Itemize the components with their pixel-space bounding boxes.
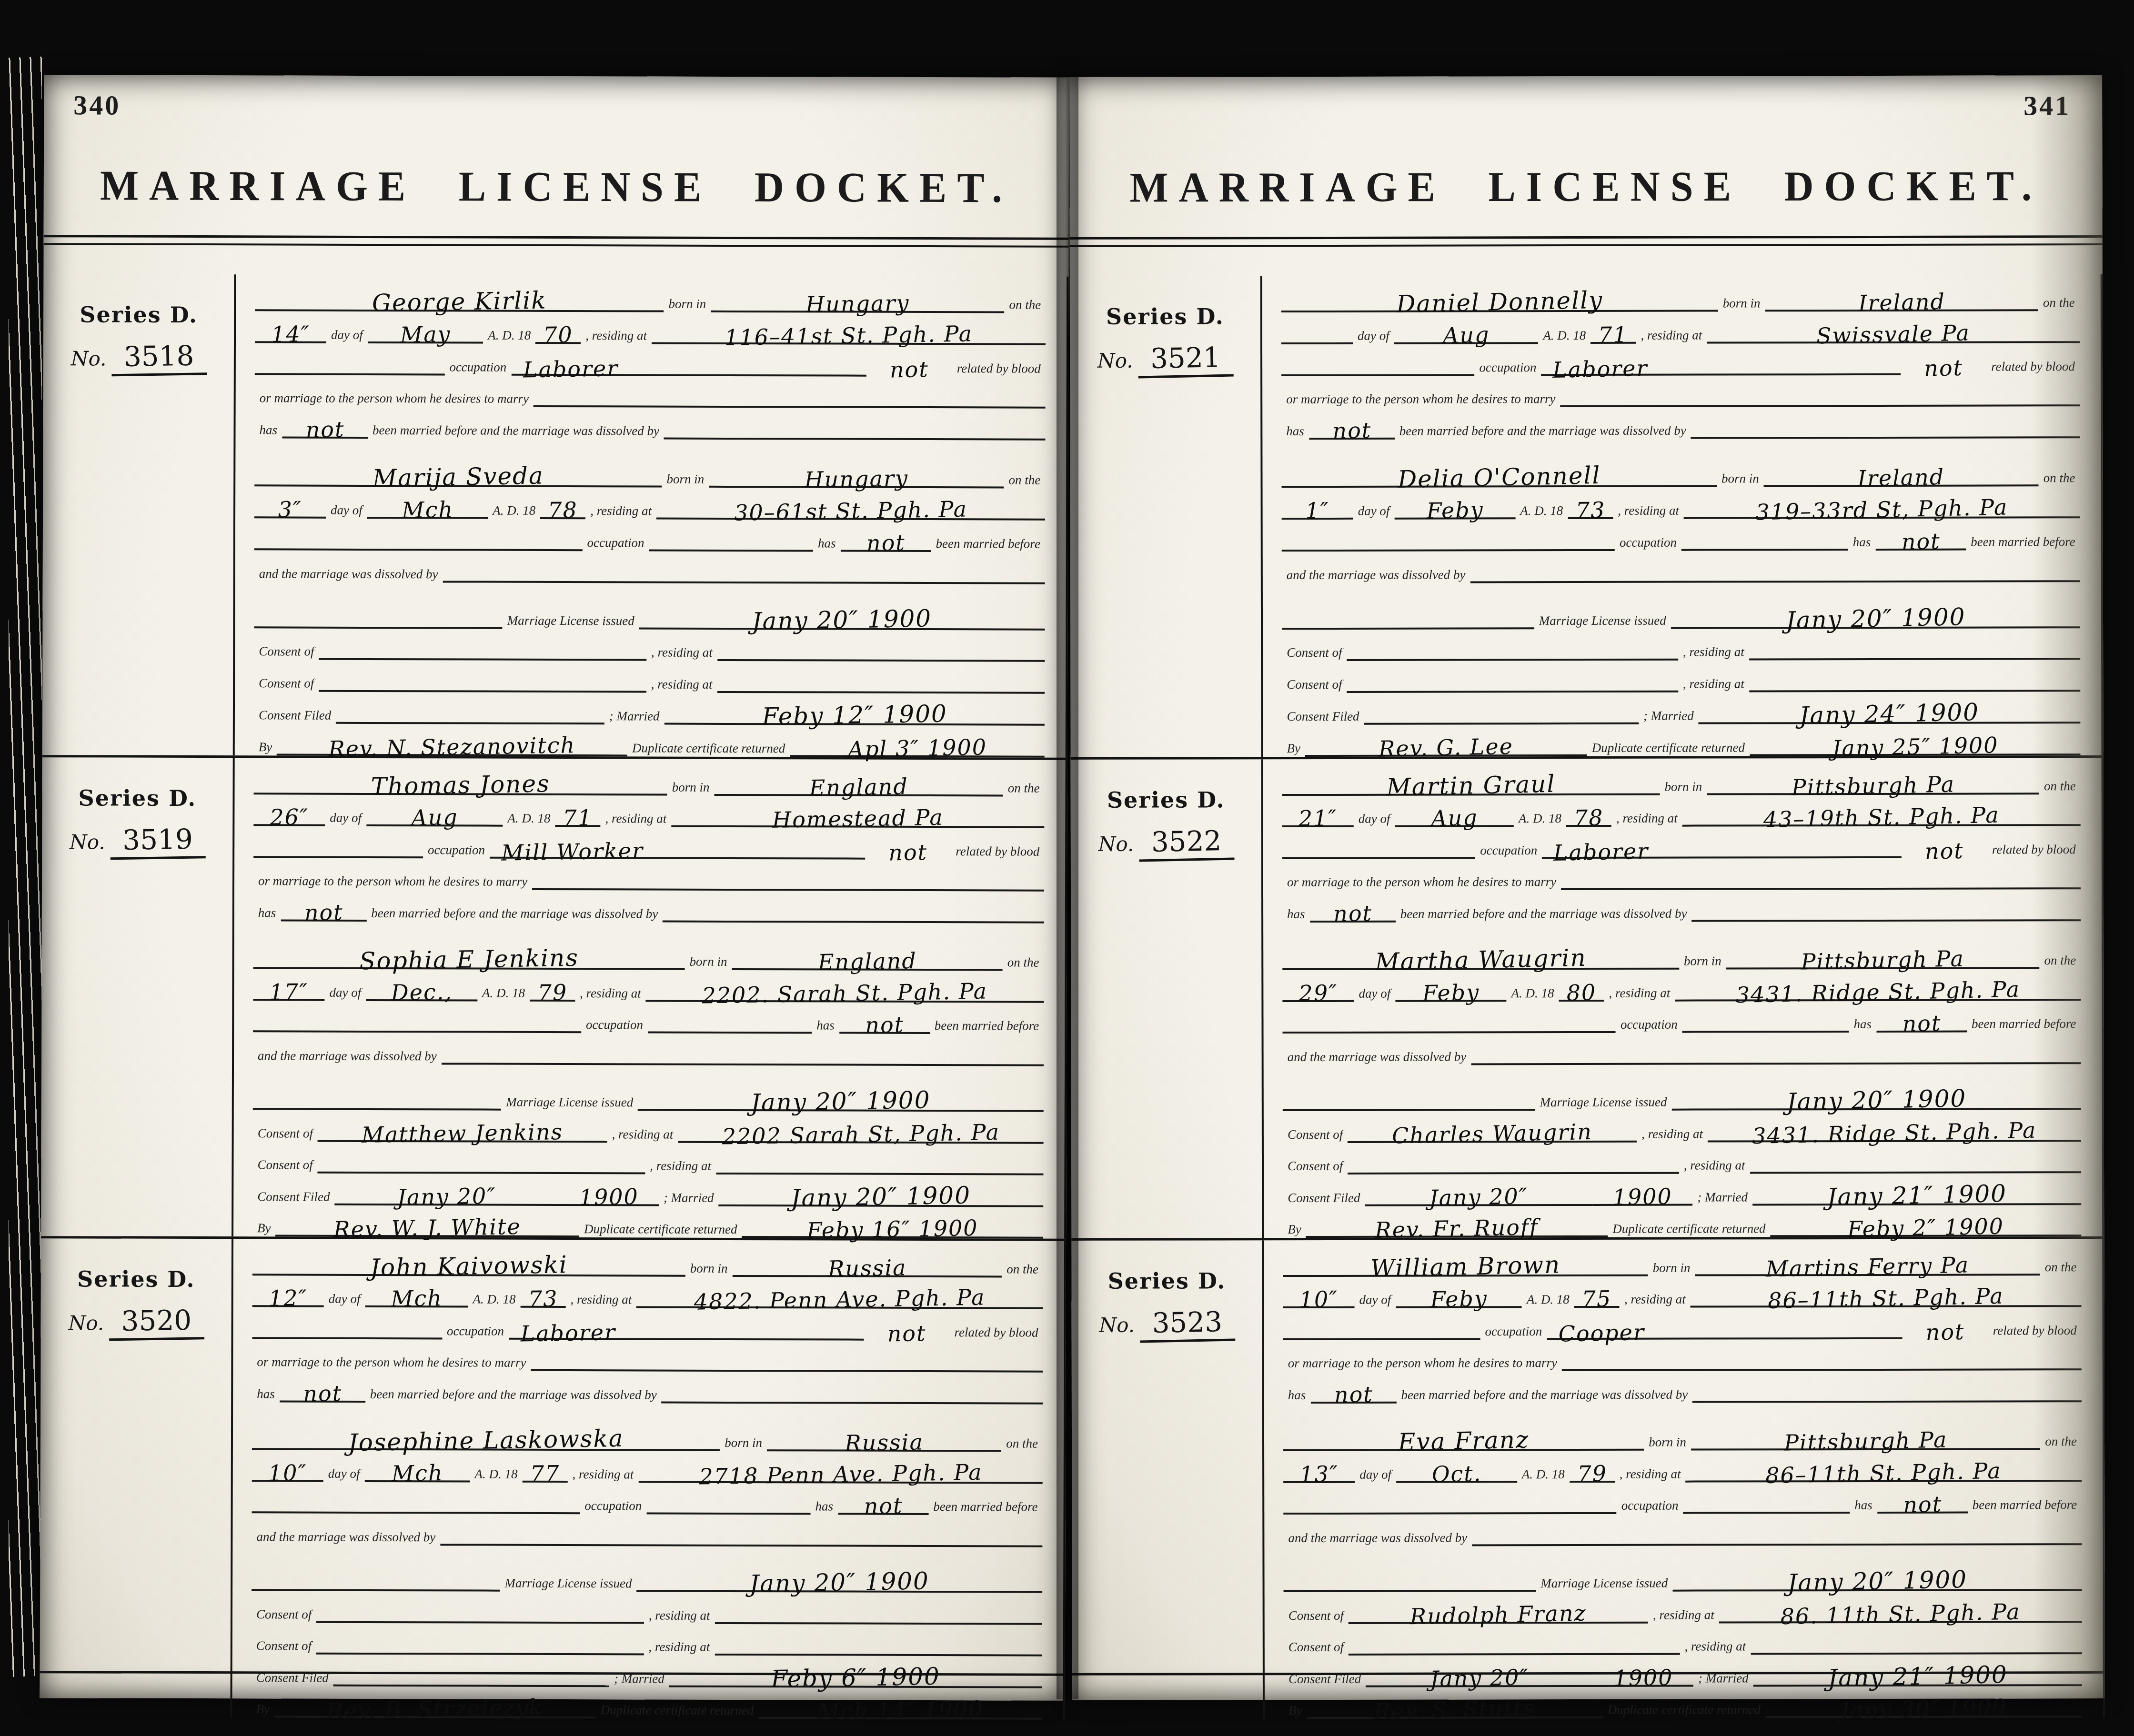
day-of-label: day of <box>1355 1467 1396 1483</box>
bride-married-before-field: not <box>838 1495 928 1515</box>
on-the-label: on the <box>1003 955 1044 971</box>
married-before-dissolved-label: been married before and the marriage was… <box>365 1386 662 1403</box>
residing-at-label: , residing at <box>575 986 646 1002</box>
has-label: has <box>1283 1388 1311 1404</box>
groom-birth-month-field: Aug <box>1394 324 1539 344</box>
bride-birth-day: 10″ <box>252 1461 323 1484</box>
day-of-label: day of <box>1354 812 1395 827</box>
duplicate-returned-field: Jany 30″ 1900 <box>1765 1697 2082 1718</box>
groom-name-line: Thomas Jones born in England on the <box>254 763 1045 796</box>
groom-birth-month-field: Aug <box>366 806 503 827</box>
bride-birth-month-field: Feby <box>1395 982 1506 1002</box>
docket-record: Series D. No. 3519 Thomas Jones born in … <box>41 755 1067 1239</box>
officiant-line: By Rev. B. Strzelezyk Duplicate certific… <box>251 1686 1042 1720</box>
ad-label: A. D. 18 <box>468 1292 520 1308</box>
has-label: has <box>1850 1498 1877 1514</box>
groom-name-line: George Kirlik born in Hungary on the <box>255 279 1046 313</box>
consent-filed-year-field: 1900 <box>1593 1666 1693 1686</box>
consent-filed-year-field <box>1539 722 1639 724</box>
groom-related: not <box>1901 356 1987 380</box>
bride-birthday-field: 13″ <box>1283 1463 1355 1483</box>
groom-related-field: not <box>865 841 951 859</box>
series-label: Series D. <box>1071 787 1261 813</box>
bride-birth-month: Dec., <box>366 980 478 1004</box>
day-of-label: day of <box>1353 328 1394 344</box>
or-marriage-label: or marriage to the person whom he desire… <box>255 391 533 408</box>
consent-filed-label: Consent Filed <box>1283 1190 1365 1206</box>
groom-birthplace-field: Ireland <box>1765 291 2039 311</box>
bride-married-before: not <box>1876 1012 1967 1035</box>
bride-name-line: Marija Sveda born in Hungary on the <box>254 455 1045 489</box>
married-date: Jany 20″ 1900 <box>718 1182 1043 1211</box>
bride-residence-field: 319–33rd St, Pgh. Pa <box>1684 498 2080 519</box>
residing-at-label: , residing at <box>1615 1466 1686 1482</box>
residing-at-label: , residing at <box>1613 503 1684 519</box>
born-in-label: born in <box>662 472 709 488</box>
record-form: Martin Graul born in Pittsburgh Pa on th… <box>1261 758 2104 1238</box>
ad-label: A. D. 18 <box>1514 811 1566 827</box>
groom-birth-day: 10″ <box>1283 1287 1355 1311</box>
or-marriage-label: or marriage to the person whom he desire… <box>252 1355 531 1371</box>
bride-name-field: Eva Franz <box>1283 1429 1644 1451</box>
and-dissolved-label: and the marriage was dissolved by <box>253 1048 442 1064</box>
consent-of-label: Consent of <box>1284 1608 1349 1624</box>
groom-birth-month-field: Mch <box>365 1287 468 1308</box>
groom-birth-day <box>1281 341 1353 343</box>
married-before-dissolved-label: been married before and the marriage was… <box>1396 1387 1692 1403</box>
groom-residence-field: 4822. Penn Ave. Pgh. Pa <box>636 1288 1043 1309</box>
married-date-field: Feby 12″ 1900 <box>664 703 1045 726</box>
consent-filed-line: Consent Filed Jany 20″ 1900 ; Married Ja… <box>1283 1173 2081 1206</box>
consent-filed-year-field: 1900 <box>559 1186 659 1206</box>
residing-at-label: , residing at <box>601 811 672 827</box>
day-of-label: day of <box>323 1466 365 1482</box>
blank-field <box>1471 1062 2081 1065</box>
bride-birth-day: 17″ <box>253 980 325 1003</box>
consent-filed-date <box>333 1683 509 1686</box>
ad-label: A. D. 18 <box>1522 1292 1574 1308</box>
ad-label: A. D. 18 <box>477 985 530 1001</box>
ad-label: A. D. 18 <box>1517 1467 1570 1483</box>
groom-birth-day: 12″ <box>252 1286 324 1309</box>
consent-filed-date <box>1364 721 1539 725</box>
bride-married-before-field: not <box>1876 1013 1967 1033</box>
residing-at-label: , residing at <box>645 1159 716 1174</box>
residing-at-label: , residing at <box>568 1467 639 1483</box>
blank-field <box>1282 857 1475 859</box>
license-issued-field: Jany 20″ 1900 <box>639 607 1045 630</box>
officiant-field: Rev. Fr. Ruoff <box>1306 1217 1608 1238</box>
on-the-label: on the <box>2039 471 2080 486</box>
groom-birth-year: 71 <box>555 806 601 829</box>
residing-at-label: , residing at <box>1604 985 1675 1001</box>
license-issued-line: Marriage License issued Jany 20″ 1900 <box>1283 1559 2082 1592</box>
series-number-row: No. 3518 <box>43 340 234 376</box>
consent1-name-field: Matthew Jenkins <box>318 1122 607 1143</box>
been-married-before-label: been married before <box>931 536 1045 552</box>
bride-birth-year-field: 79 <box>530 981 575 1001</box>
consent2-line: Consent of , residing at <box>254 660 1045 694</box>
married-label: ; Married <box>1692 1190 1752 1205</box>
groom-birthday-field: 14″ <box>255 323 326 343</box>
consent-filed-label: Consent Filed <box>1284 1671 1366 1687</box>
no-label: No. <box>68 1311 104 1335</box>
consent-filed-date-field: Jany 20″ <box>334 1185 558 1205</box>
married-label: ; Married <box>609 1671 669 1687</box>
groom-occupation-line: occupation Laborer not related by blood <box>255 343 1046 377</box>
occupation-label: occupation <box>1475 843 1542 859</box>
officiant-field: Rev. W. J. White <box>276 1216 580 1237</box>
occupation-label: occupation <box>442 1324 509 1339</box>
license-issued-line: Marriage License issued Jany 20″ 1900 <box>254 596 1045 630</box>
groom-married-before-field: not <box>282 419 368 439</box>
groom-name-field: Thomas Jones <box>254 773 667 795</box>
married-before-dissolved-label: been married before and the marriage was… <box>366 905 663 922</box>
born-in-label: born in <box>1660 779 1707 795</box>
bride-birth-year: 77 <box>522 1462 568 1485</box>
consent2-line: Consent of , residing at <box>1282 660 2080 693</box>
duplicate-label: Duplicate certificate returned <box>1587 740 1750 756</box>
bride-birthday-field: 3″ <box>254 498 326 518</box>
bride-married-before-field: not <box>1875 530 1966 550</box>
groom-residence-field: 86–11th St. Pgh. Pa <box>1691 1287 2082 1307</box>
bride-name-line: Josephine Laskowska born in Russia on th… <box>252 1418 1043 1452</box>
license-issued-label: Marriage License issued <box>1535 1095 1672 1111</box>
occupation-label: occupation <box>1615 535 1681 551</box>
on-the-label: on the <box>1003 781 1045 796</box>
bride-name-line: Sophia E Jenkins born in England on the <box>253 937 1044 971</box>
groom-married-before: not <box>282 418 368 442</box>
married-date-field: Feby 6″ 1900 <box>669 1665 1042 1688</box>
series-column: Series D. No. 3523 <box>1071 1240 1263 1719</box>
bride-birthplace: Russia <box>767 1430 1002 1455</box>
duplicate-returned-field: Feby 16″ 1900 <box>742 1218 1043 1239</box>
residing-at-label: , residing at <box>1678 645 1749 661</box>
residing-at-label: , residing at <box>1678 677 1749 692</box>
groom-married-before-field: not <box>1310 902 1396 922</box>
consent-filed-date-field: Jany 20″ <box>1366 1666 1593 1687</box>
groom-birth-day: 14″ <box>255 322 327 345</box>
groom-birthday-field: 10″ <box>1283 1288 1354 1308</box>
consent1-name-field: Rudolph Franz <box>1349 1603 1648 1624</box>
consent-filed-line: Consent Filed ; Married Feby 12″ 1900 <box>254 692 1045 726</box>
day-of-label: day of <box>324 1292 365 1307</box>
license-issued-field: Jany 20″ 1900 <box>1672 1569 2082 1591</box>
or-marriage-label: or marriage to the person whom he desire… <box>1282 874 1561 891</box>
groom-married-before-line: has not been married before and the marr… <box>253 889 1044 923</box>
bride-residence: 2718 Penn Ave. Pgh. Pa <box>638 1460 1043 1488</box>
license-issued-field: Jany 20″ 1900 <box>1671 606 2080 629</box>
occupation-label: occupation <box>444 360 511 375</box>
day-of-label: day of <box>1354 986 1395 1002</box>
bride-dissolved-line: and the marriage was dissolved by <box>1283 1513 2082 1546</box>
groom-residence-field: 43–19th St. Pgh. Pa <box>1682 806 2081 826</box>
occupation-label: occupation <box>1480 1324 1547 1340</box>
on-the-label: on the <box>2039 779 2081 794</box>
bride-name-field: Martha Waugrin <box>1282 948 1679 970</box>
consent-of-label: Consent of <box>252 1607 316 1623</box>
groom-birth-month: May <box>367 322 483 346</box>
on-the-label: on the <box>1004 473 1045 489</box>
groom-birth-year-field: 73 <box>520 1288 565 1308</box>
bride-occupation-line: occupation has not been married before <box>254 518 1045 552</box>
no-label: No. <box>71 347 107 370</box>
on-the-label: on the <box>1001 1436 1043 1452</box>
day-of-label: day of <box>325 811 366 826</box>
bride-birth-month: Feby <box>1395 981 1507 1005</box>
bride-birth-year-field: 73 <box>1568 499 1613 519</box>
groom-name-field: William Brown <box>1283 1254 1648 1276</box>
bride-name-line: Eva Franz born in Pittsburgh Pa on the <box>1283 1418 2082 1451</box>
records-right: Series D. No. 3521 Daniel Donnelly born … <box>1070 274 2105 1676</box>
docket-book-photo: 340 MARRIAGE LICENSE DOCKET. Series D. N… <box>0 0 2134 1736</box>
consent-filed-year <box>1539 722 1639 723</box>
bride-residence-field: 3431. Ridge St. Pgh. Pa <box>1675 981 2081 1001</box>
bride-birth-year-field: 80 <box>1559 981 1604 1001</box>
license-issued-line: Marriage License issued Jany 20″ 1900 <box>253 1078 1044 1112</box>
groom-name-line: John Kaivowski born in Russia on the <box>252 1244 1043 1277</box>
related-by-blood-label: related by blood <box>952 361 1046 377</box>
groom-birthplace: Russia <box>732 1255 1002 1281</box>
bride-residence-field: 2202. Sarah St. Pgh. Pa <box>646 982 1044 1003</box>
bride-birth-month-field: Feby <box>1394 499 1515 519</box>
groom-residence: 4822. Penn Ave. Pgh. Pa <box>636 1285 1043 1314</box>
married-before-dissolved-label: been married before and the marriage was… <box>1395 423 1691 440</box>
duplicate-label: Duplicate certificate returned <box>627 741 790 757</box>
duplicate-label: Duplicate certificate returned <box>1603 1702 1765 1718</box>
officiant-line: By Rev. S. Stutts Duplicate certificate … <box>1284 1686 2082 1719</box>
bride-occupation-line: occupation has not been married before <box>1283 1482 2082 1515</box>
bride-birth-year-field: 77 <box>523 1462 568 1482</box>
consent-of-label: Consent of <box>1283 1159 1348 1174</box>
officiant-name: Rev. N. Stezanovitch <box>277 733 627 761</box>
consent-filed-year-field: 1900 <box>1592 1185 1692 1205</box>
born-in-label: born in <box>685 954 732 970</box>
bride-birthplace-field: Russia <box>767 1431 1001 1452</box>
groom-birthday-field: 26″ <box>253 806 325 826</box>
groom-married-before-line: has not been married before and the marr… <box>252 1370 1043 1404</box>
groom-birth-month: Aug <box>366 805 503 830</box>
consent-filed-line: Consent Filed Jany 20″ 1900 ; Married Ja… <box>1284 1654 2082 1687</box>
groom-related: not <box>866 358 953 381</box>
bride-married-before: not <box>840 531 931 554</box>
on-the-label: on the <box>1004 297 1046 313</box>
header-rule <box>1070 235 2103 247</box>
bride-birth-month: Mch <box>367 498 488 522</box>
consent1-name-field: Charles Waugrin <box>1348 1122 1637 1143</box>
by-label: By <box>1282 741 1305 757</box>
residing-at-label: , residing at <box>581 328 652 344</box>
consent-filed-date: Jany 20″ <box>1366 1665 1594 1691</box>
has-label: has <box>1848 535 1876 551</box>
ad-label: A. D. 18 <box>488 503 540 519</box>
docket-record: Series D. No. 3523 William Brown born in… <box>1071 1236 2105 1719</box>
ad-label: A. D. 18 <box>1538 328 1590 344</box>
bride-name-line: Martha Waugrin born in Pittsburgh Pa on … <box>1282 937 2081 970</box>
and-dissolved-label: and the marriage was dissolved by <box>1283 1049 1471 1065</box>
bride-birth-year: 79 <box>530 981 575 1004</box>
bride-married-before-field: not <box>1877 1494 1968 1514</box>
series-label: Series D. <box>1071 1268 1262 1294</box>
occupation-label: occupation <box>1475 360 1541 376</box>
ad-label: A. D. 18 <box>1506 986 1559 1002</box>
has-label: has <box>1281 424 1309 440</box>
and-dissolved-label: and the marriage was dissolved by <box>1282 567 1470 583</box>
bride-birth-month-field: Mch <box>367 499 488 519</box>
residing-at-label: , residing at <box>1620 1292 1691 1308</box>
series-label: Series D. <box>43 301 234 328</box>
record-form: William Brown born in Martins Ferry Pa o… <box>1262 1239 2105 1719</box>
groom-birthday-field: 21″ <box>1282 807 1354 827</box>
occupation-label: occupation <box>1617 1498 1683 1514</box>
related-by-blood-label: related by blood <box>1987 842 2081 858</box>
series-number-row: No. 3519 <box>42 823 232 859</box>
bride-birthplace-field: Hungary <box>709 468 1004 489</box>
series-number-row: No. 3521 <box>1070 341 1260 378</box>
born-in-label: born in <box>685 1261 733 1276</box>
page-340: 340 MARRIAGE LICENSE DOCKET. Series D. N… <box>40 75 1069 1701</box>
by-label: By <box>252 1221 276 1236</box>
series-column: Series D. No. 3518 <box>42 274 234 755</box>
residing-at-label: , residing at <box>646 677 717 693</box>
groom-related: not <box>864 1322 950 1345</box>
consent-filed-year-field <box>509 1685 609 1687</box>
bride-dissolved-line: and the marriage was dissolved by <box>254 550 1045 584</box>
bride-married-before-field: not <box>839 1014 930 1034</box>
bride-birthday-field: 1″ <box>1282 500 1353 520</box>
license-number: 3523 <box>1139 1305 1235 1343</box>
consent-of-label: Consent of <box>1283 1127 1348 1143</box>
born-in-label: born in <box>667 780 715 795</box>
ad-label: A. D. 18 <box>1515 503 1568 519</box>
groom-name-field: John Kaivowski <box>252 1254 685 1276</box>
bride-residence-field: 30–61st St. Pgh. Pa <box>656 500 1045 521</box>
groom-birth-month: Aug <box>1395 806 1514 830</box>
bride-birth-month: Oct. <box>1396 1461 1517 1485</box>
groom-married-before-field: not <box>281 901 366 921</box>
ad-label: A. D. 18 <box>470 1466 523 1482</box>
consent-filed-label: Consent Filed <box>252 1670 333 1686</box>
groom-residence-field: 116–41st St. Pgh. Pa <box>652 324 1046 345</box>
occupation-label: occupation <box>1616 1017 1682 1033</box>
page-number-right: 341 <box>2023 90 2071 121</box>
license-issued-field: Jany 20″ 1900 <box>638 1089 1044 1112</box>
consent-filed-date-field <box>1364 722 1539 725</box>
license-issued-line: Marriage License issued Jany 20″ 1900 <box>1283 1078 2081 1111</box>
page-title: MARRIAGE LICENSE DOCKET. <box>1069 73 2103 212</box>
groom-occupation-field: Laborer <box>509 1319 864 1340</box>
license-number: 3520 <box>109 1304 204 1341</box>
bride-married-before: not <box>1875 530 1966 553</box>
blank-field <box>442 1063 1044 1066</box>
consent-of-label: Consent of <box>1282 677 1347 693</box>
docket-record: Series D. No. 3518 George Kirlik born in… <box>42 274 1069 758</box>
groom-birth-year: 75 <box>1574 1287 1620 1310</box>
has-label: has <box>813 536 841 552</box>
consent-filed-label: Consent Filed <box>254 708 336 724</box>
bride-dissolved-line: and the marriage was dissolved by <box>1282 550 2080 583</box>
consent1-residence-field: 2202 Sarah St, Pgh. Pa <box>678 1123 1043 1144</box>
bride-occupation-field <box>1683 1512 1850 1514</box>
page-stack-edges <box>9 57 42 1677</box>
bride-birth-day: 1″ <box>1281 499 1353 522</box>
bride-dissolved-line: and the marriage was dissolved by <box>252 1513 1042 1547</box>
officiant-line: By Rev. W. J. White Duplicate certificat… <box>252 1205 1043 1239</box>
groom-birth-year: 71 <box>1590 323 1636 346</box>
groom-married-before: not <box>1309 419 1395 442</box>
groom-occupation-field: Laborer <box>1541 355 1901 375</box>
by-label: By <box>1283 1222 1306 1238</box>
bride-residence: 2202. Sarah St. Pgh. Pa <box>646 979 1044 1007</box>
bride-residence-field: 86–11th St. Pgh. Pa <box>1686 1462 2082 1482</box>
on-the-label: on the <box>1002 1262 1043 1277</box>
docket-record: Series D. No. 3521 Daniel Donnelly born … <box>1070 274 2104 757</box>
groom-birth-year-field: 75 <box>1574 1288 1620 1308</box>
consent-of-label: Consent of <box>1284 1640 1349 1656</box>
has-label: has <box>253 905 281 921</box>
day-of-label: day of <box>326 503 367 519</box>
consent2-line: Consent of , residing at <box>252 1623 1042 1656</box>
officiant-field: Rev. S. Stutts <box>1307 1698 1602 1719</box>
page-341: 341 MARRIAGE LICENSE DOCKET. Series D. N… <box>1069 75 2105 1700</box>
duplicate-returned-date: Mch 14″ 1900 <box>758 1697 1042 1724</box>
bride-birthplace-field: Pittsburgh Pa <box>1691 1430 2040 1450</box>
groom-married-before: not <box>1309 901 1396 925</box>
blank-field <box>1472 1543 2082 1546</box>
officiant-line: By Rev. Fr. Ruoff Duplicate certificate … <box>1283 1205 2081 1238</box>
consent-filed-date: Jany 20″ <box>1365 1184 1593 1210</box>
groom-birthplace-field: England <box>714 775 1003 796</box>
series-number-row: No. 3520 <box>41 1304 232 1340</box>
blank-field <box>662 1401 1043 1404</box>
license-issued-label: Marriage License issued <box>501 1095 638 1111</box>
consent-filed-label: Consent Filed <box>1282 709 1364 725</box>
bride-birth-year: 80 <box>1559 981 1604 1004</box>
consent-filed-label: Consent Filed <box>252 1189 334 1205</box>
groom-birth-month-field: Feby <box>1396 1288 1522 1308</box>
consent1-residence-field: 86. 11th St. Pgh. Pa <box>1719 1603 2082 1623</box>
groom-married-before: not <box>281 901 367 924</box>
groom-name-field: George Kirlik <box>255 289 664 312</box>
license-number: 3521 <box>1137 341 1233 379</box>
born-in-label: born in <box>664 296 711 312</box>
duplicate-returned-date: Apl 3″ 1900 <box>790 735 1045 762</box>
consent1-residence-field: 3431. Ridge St. Pgh. Pa <box>1708 1122 2081 1142</box>
record-form: John Kaivowski born in Russia on the 12″… <box>230 1239 1066 1720</box>
blank-field <box>440 1544 1042 1547</box>
or-marriage-label: or marriage to the person whom he desire… <box>1281 392 1560 408</box>
officiant-field: Rev. G. Lee <box>1305 736 1587 757</box>
bride-birthplace: England <box>732 948 1003 974</box>
series-column: Series D. No. 3520 <box>40 1238 232 1717</box>
residing-at-label: , residing at <box>565 1292 636 1308</box>
residing-at-label: , residing at <box>1679 1158 1750 1174</box>
day-of-label: day of <box>326 327 368 343</box>
has-label: has <box>252 1386 280 1402</box>
groom-related-field: not <box>1901 357 1986 375</box>
groom-related: not <box>1902 1320 1988 1344</box>
married-before-dissolved-label: been married before and the marriage was… <box>1396 906 1692 922</box>
consent-of-label: Consent of <box>254 676 319 692</box>
series-label: Series D. <box>41 1266 232 1292</box>
groom-related-field: not <box>866 358 952 376</box>
bride-birthplace-field: Pittsburgh Pa <box>1726 949 2040 969</box>
residing-at-label: , residing at <box>1636 328 1707 343</box>
consent-filed-line: Consent Filed ; Married Feby 6″ 1900 <box>252 1654 1042 1688</box>
bride-birthday-field: 29″ <box>1282 982 1354 1002</box>
consent-filed-year <box>509 1684 609 1686</box>
duplicate-label: Duplicate certificate returned <box>579 1222 742 1238</box>
